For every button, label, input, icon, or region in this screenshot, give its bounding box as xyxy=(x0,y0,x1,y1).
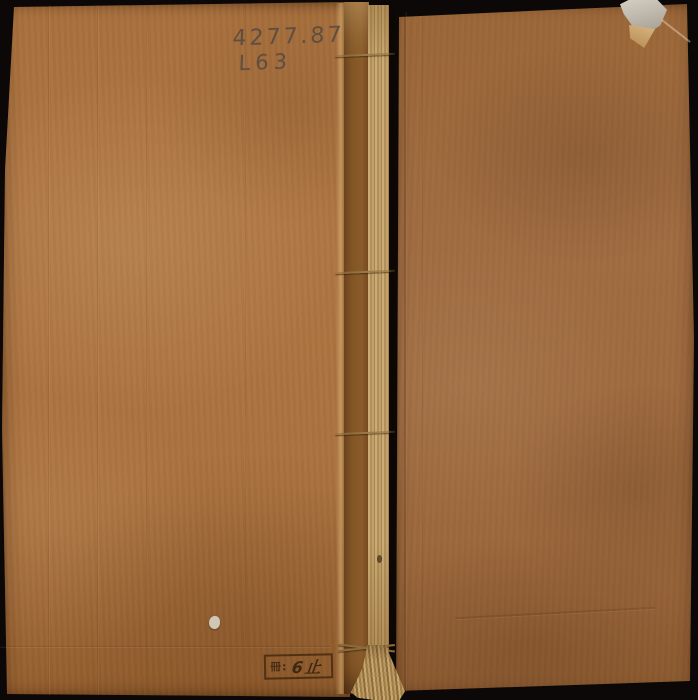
right-cover-crease-lines xyxy=(390,0,698,700)
volume-count-stamp: 冊: 6止 xyxy=(264,653,333,679)
stamp-volume-label: 冊: xyxy=(270,658,288,674)
stamp-handwritten-count: 6止 xyxy=(291,654,325,678)
call-number-inscription: 4277.87 L63 xyxy=(231,22,373,76)
call-number-line2: L63 xyxy=(238,47,372,76)
spine-strip xyxy=(344,2,369,694)
left-cover-crease-lines xyxy=(0,0,350,700)
spine-worm-hole xyxy=(377,555,382,563)
paper-fleck xyxy=(209,616,220,629)
spine-shadow-gap xyxy=(389,6,400,688)
book-photograph: 4277.87 L63 冊: 6止 xyxy=(0,0,698,700)
